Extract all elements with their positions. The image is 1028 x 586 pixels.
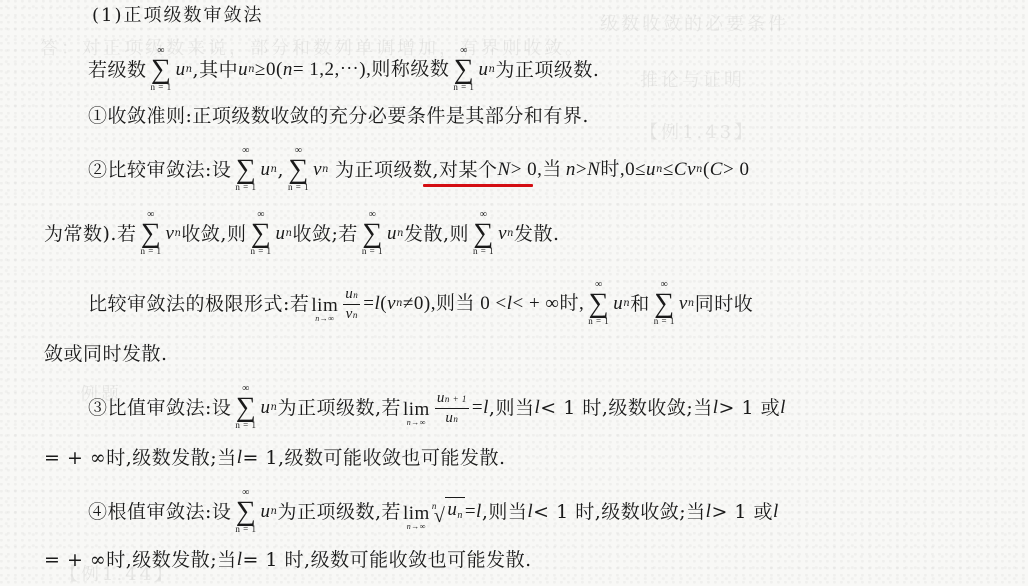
term: v [679, 292, 688, 316]
text: 为正项级数,若 [277, 396, 401, 420]
text: ≥0( [255, 58, 283, 82]
rule-label: ②比较审敛法:设 [88, 158, 231, 182]
lim-under: n→∞ [315, 315, 334, 323]
variable: n [566, 158, 576, 182]
subscript: n + 1 [445, 394, 467, 404]
fraction: un + 1 un [435, 391, 469, 426]
text: ,对某个 [432, 158, 497, 182]
rule-label: 比较审敛法的极限形式:若 [88, 292, 309, 316]
term: u [276, 222, 286, 246]
summation-symbol: ∞ ∑ n = 1 [473, 210, 494, 258]
term: Cv [674, 158, 696, 182]
subscript: n [270, 500, 277, 524]
scanned-page: 答：对正项级数来说，部分和数列单调增加，有界则收敛。 级数收敛的必要条件 推论与… [0, 0, 1028, 586]
text: 时,0≤ [600, 158, 646, 182]
limit-comparison-form-continued: 敛或同时发散. [44, 342, 168, 366]
sigma-icon: ∑ [251, 221, 271, 247]
limit-operator: lim n→∞ [403, 400, 430, 427]
limit-operator: lim n→∞ [403, 504, 430, 531]
text: ,则当 [489, 396, 535, 420]
sigma-icon: ∑ [288, 157, 308, 183]
variable: C [710, 158, 723, 182]
sum-lower: n = 1 [235, 421, 256, 432]
radicand: u [447, 499, 457, 520]
summation-symbol: ∞ ∑ n = 1 [235, 384, 256, 432]
subscript: n [270, 396, 277, 420]
rule-label: ③比值审敛法:设 [88, 396, 231, 420]
sigma-icon: ∑ [589, 291, 609, 317]
summation-symbol: ∞ ∑ n = 1 [362, 210, 383, 258]
term: v [387, 292, 396, 316]
text: 为正项级数,若 [277, 500, 401, 524]
subscript: n [322, 158, 329, 182]
subscript: n [353, 290, 358, 300]
sigma-icon: ∑ [151, 57, 171, 83]
text: = [363, 292, 374, 316]
section-heading: (1)正项级数审敛法 [92, 4, 264, 28]
limit-operator: lim n→∞ [311, 296, 338, 323]
subscript: n [397, 222, 404, 246]
numerator: u [437, 390, 445, 406]
fraction: un vn [343, 287, 360, 322]
text: > 1 或 [719, 396, 781, 420]
lim: lim [403, 504, 430, 523]
lim-under: n→∞ [407, 523, 426, 531]
text: > [576, 158, 587, 182]
lim: lim [403, 400, 430, 419]
rule-comparison-test: ②比较审敛法:设 ∞ ∑ n = 1 un , ∞ ∑ n = 1 vn 为正项… [88, 146, 749, 194]
text: 为常数).若 [44, 222, 136, 246]
text: ≠0),则当 0 < [403, 292, 507, 316]
text: 和 [630, 292, 650, 316]
text: 收敛;若 [293, 222, 358, 246]
sum-lower: n = 1 [654, 317, 675, 328]
subscript: n [174, 222, 181, 246]
rule-ratio-test: ③比值审敛法:设 ∞ ∑ n = 1 un 为正项级数,若 lim n→∞ un… [88, 384, 786, 432]
sigma-icon: ∑ [141, 221, 161, 247]
rule-ratio-test-continued: = + ∞时,级数发散;当 l = 1,级数可能收敛也可能发散. [44, 446, 506, 470]
text: = [472, 396, 483, 420]
summation-symbol: ∞ ∑ n = 1 [235, 488, 256, 536]
text: > 0,当 [511, 158, 562, 182]
subscript: n [656, 158, 663, 182]
text: ( [380, 292, 387, 316]
summation-symbol: ∞ ∑ n = 1 [654, 280, 675, 328]
text: > 0 [723, 158, 749, 182]
subscript: n [507, 222, 514, 246]
summation-symbol: ∞ ∑ n = 1 [140, 210, 161, 258]
text: = [465, 500, 476, 524]
sigma-icon: ∑ [236, 499, 256, 525]
text: ≤ [663, 158, 674, 182]
subscript: n [623, 292, 630, 316]
text: = 1 时,级数可能收敛也可能发散. [242, 548, 531, 572]
subscript: n [270, 158, 277, 182]
text: < 1 时,级数收敛;当 [533, 500, 706, 524]
subscript: n [248, 58, 255, 82]
text: 发散,则 [404, 222, 469, 246]
term: u [646, 158, 656, 182]
rule-root-test: ④根值审敛法:设 ∞ ∑ n = 1 un 为正项级数,若 lim n→∞ n … [88, 488, 779, 536]
summation-symbol: ∞ ∑ n = 1 [151, 46, 172, 94]
term: v [498, 222, 507, 246]
text: 为正项级数. [495, 58, 599, 82]
term: u [613, 292, 623, 316]
root-index: n [432, 494, 437, 518]
text: < 1 时,级数收敛;当 [540, 396, 713, 420]
summation-symbol: ∞ ∑ n = 1 [288, 146, 309, 194]
text: ,则当 [482, 500, 528, 524]
term: u [260, 158, 270, 182]
sum-lower: n = 1 [473, 247, 494, 258]
text: = 1,级数可能收敛也可能发散. [242, 446, 505, 470]
subscript: n [186, 58, 193, 82]
sum-lower: n = 1 [140, 247, 161, 258]
definition-paragraph: 若级数 ∞ ∑ n = 1 un ,其中 un ≥0( n = 1,2,⋯),则… [88, 46, 599, 94]
denominator: v [346, 306, 353, 322]
text: = + ∞时,级数发散;当 [44, 446, 237, 470]
variable: l [780, 396, 786, 420]
subscript: n [457, 510, 463, 521]
text: 收敛,则 [181, 222, 246, 246]
sigma-icon: ∑ [454, 57, 474, 83]
term: u [260, 396, 270, 420]
term: v [313, 158, 322, 182]
nth-root: n √ un [432, 497, 465, 528]
sum-lower: n = 1 [235, 183, 256, 194]
sum-lower: n = 1 [588, 317, 609, 328]
lim-under: n→∞ [407, 419, 426, 427]
term: v [166, 222, 175, 246]
summation-symbol: ∞ ∑ n = 1 [250, 210, 271, 258]
rule-root-test-continued: = + ∞时,级数发散;当 l = 1 时,级数可能收敛也可能发散. [44, 548, 532, 572]
text: < + ∞时, [512, 292, 584, 316]
summation-symbol: ∞ ∑ n = 1 [235, 146, 256, 194]
variable: l [773, 500, 779, 524]
text: 发散. [514, 222, 560, 246]
variable: n [283, 58, 293, 82]
text: > 1 或 [711, 500, 773, 524]
variable: N [587, 158, 600, 182]
subscript: n [396, 292, 403, 316]
text: = 1,2,⋯),则称级数 [293, 58, 450, 82]
subscript: n [453, 414, 458, 424]
sigma-icon: ∑ [362, 221, 382, 247]
subscript: n [286, 222, 293, 246]
rule-convergence-criterion: ①收敛准则:正项级数收敛的充分必要条件是其部分和有界. [88, 104, 589, 128]
sum-lower: n = 1 [362, 247, 383, 258]
text: ( [703, 158, 710, 182]
text: , [277, 158, 284, 182]
text: = + ∞时,级数发散;当 [44, 548, 237, 572]
rule-label: ④根值审敛法:设 [88, 500, 231, 524]
term: u [387, 222, 397, 246]
summation-symbol: ∞ ∑ n = 1 [588, 280, 609, 328]
bleed-through-text: 推论与证明 [640, 66, 745, 92]
sum-lower: n = 1 [250, 247, 271, 258]
sum-lower: n = 1 [151, 83, 172, 94]
term: u [260, 500, 270, 524]
highlighted-phrase: 为正项级数 [335, 158, 433, 182]
bleed-through-text: 级数收敛的必要条件 [600, 10, 789, 36]
sigma-icon: ∑ [654, 291, 674, 317]
sigma-icon: ∑ [236, 395, 256, 421]
subscript: n [696, 158, 703, 182]
limit-comparison-form: 比较审敛法的极限形式:若 lim n→∞ un vn = l ( vn ≠0),… [88, 280, 753, 328]
sigma-icon: ∑ [473, 221, 493, 247]
text: 若级数 [88, 58, 147, 82]
sum-lower: n = 1 [288, 183, 309, 194]
summation-symbol: ∞ ∑ n = 1 [453, 46, 474, 94]
sigma-icon: ∑ [236, 157, 256, 183]
term: u [176, 58, 186, 82]
term: u [478, 58, 488, 82]
red-underline-annotation [423, 184, 533, 187]
text: ,其中 [193, 58, 239, 82]
subscript: n [488, 58, 495, 82]
bleed-through-text: 【例1.43】 [640, 118, 755, 144]
rule-comparison-test-continued: 为常数).若 ∞ ∑ n = 1 vn 收敛,则 ∞ ∑ n = 1 un 收敛… [44, 210, 560, 258]
sum-lower: n = 1 [235, 525, 256, 536]
lim: lim [311, 296, 338, 315]
term: u [238, 58, 248, 82]
subscript: n [353, 310, 358, 320]
variable: N [498, 158, 511, 182]
subscript: n [688, 292, 695, 316]
text: 同时收 [695, 292, 754, 316]
sum-lower: n = 1 [453, 83, 474, 94]
